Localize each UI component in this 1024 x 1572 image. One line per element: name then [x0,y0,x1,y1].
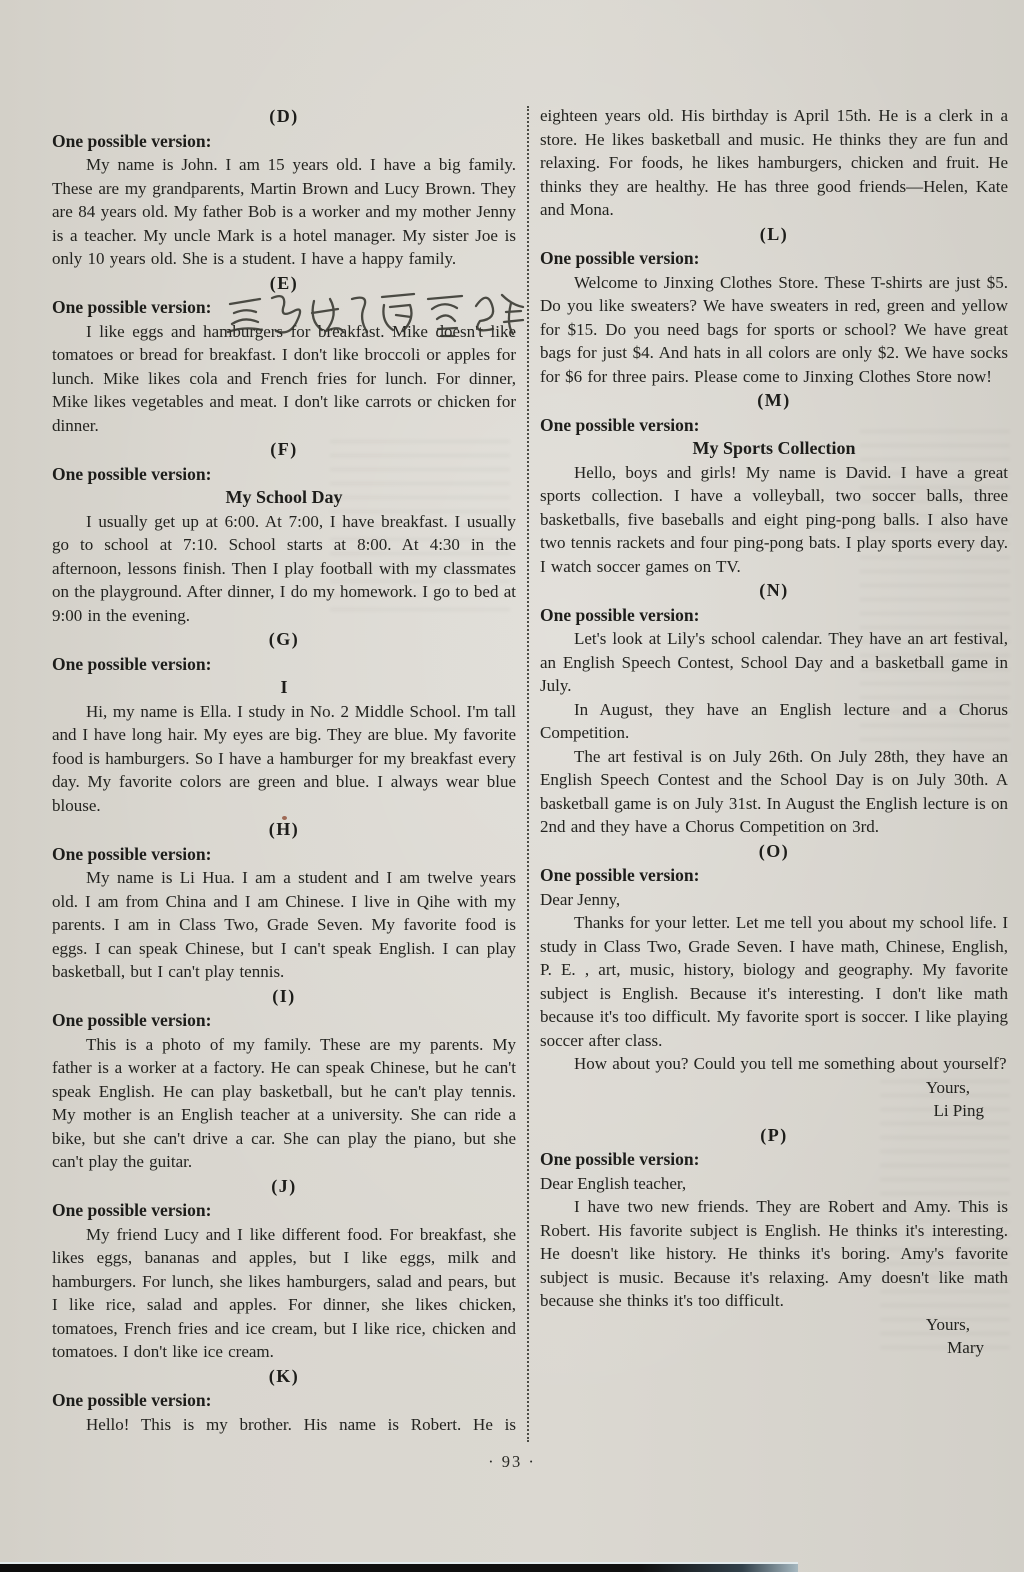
section-g: (G) One possible version: I Hi, my name … [52,628,516,817]
section-n-header: (N) [540,579,1008,603]
letter-signature: Mary [540,1336,1008,1360]
section-k: (K) One possible version: Hello! This is… [52,1365,516,1437]
letter-closing: Yours, [540,1313,1008,1337]
one-possible-version-label: One possible version: [540,1148,1008,1172]
section-i-header: (I) [52,985,516,1009]
one-possible-version-label: One possible version: [52,1009,516,1033]
answer-paragraph: Let's look at Lily's school calendar. Th… [540,627,1008,698]
one-possible-version-label: One possible version: [52,1199,516,1223]
section-l: (L) One possible version: Welcome to Jin… [540,223,1008,389]
one-possible-version-label: One possible version: [540,247,1008,271]
answer-paragraph: In August, they have an English lecture … [540,698,1008,745]
section-f: (F) One possible version: My School Day … [52,438,516,627]
scanned-answer-page: (D) One possible version: My name is Joh… [0,0,1024,1572]
one-possible-version-label: One possible version: [52,296,516,320]
answer-paragraph: I usually get up at 6:00. At 7:00, I hav… [52,510,516,628]
answer-paragraph: How about you? Could you tell me somethi… [540,1052,1008,1076]
section-e: (E) One possible version: I like eggs an… [52,272,516,438]
answer-paragraph: Hello! This is my brother. His name is R… [52,1413,516,1437]
essay-title: My Sports Collection [540,437,1008,461]
section-j-header: (J) [52,1175,516,1199]
letter-signature: Li Ping [540,1099,1008,1123]
section-g-header: (G) [52,628,516,652]
section-o: (O) One possible version: Dear Jenny, Th… [540,840,1008,1123]
section-k-header: (K) [52,1365,516,1389]
section-p: (P) One possible version: Dear English t… [540,1124,1008,1360]
section-m-header: (M) [540,389,1008,413]
answer-paragraph: I have two new friends. They are Robert … [540,1195,1008,1313]
section-d: (D) One possible version: My name is Joh… [52,105,516,271]
section-n: (N) One possible version: Let's look at … [540,579,1008,839]
letter-closing: Yours, [540,1076,1008,1100]
section-h: (H) One possible version: My name is Li … [52,818,516,984]
section-p-header: (P) [540,1124,1008,1148]
one-possible-version-label: One possible version: [540,414,1008,438]
section-i: (I) One possible version: This is a phot… [52,985,516,1174]
essay-title: My School Day [52,486,516,510]
answer-paragraph: My name is Li Hua. I am a student and I … [52,866,516,984]
answer-paragraph: Welcome to Jinxing Clothes Store. These … [540,271,1008,389]
essay-title: I [52,676,516,700]
letter-salutation: Dear Jenny, [540,888,1008,912]
answer-paragraph: Thanks for your letter. Let me tell you … [540,911,1008,1052]
one-possible-version-label: One possible version: [540,864,1008,888]
answer-paragraph-continuation: eighteen years old. His birthday is Apri… [540,104,1008,222]
answer-paragraph: My friend Lucy and I like different food… [52,1223,516,1364]
letter-salutation: Dear English teacher, [540,1172,1008,1196]
answer-paragraph: The art festival is on July 26th. On Jul… [540,745,1008,839]
section-k-continuation: eighteen years old. His birthday is Apri… [540,104,1008,222]
section-d-header: (D) [52,105,516,129]
section-l-header: (L) [540,223,1008,247]
one-possible-version-label: One possible version: [52,843,516,867]
one-possible-version-label: One possible version: [52,653,516,677]
answer-paragraph: Hi, my name is Ella. I study in No. 2 Mi… [52,700,516,818]
right-column: eighteen years old. His birthday is Apri… [540,104,1008,1360]
answer-paragraph: My name is John. I am 15 years old. I ha… [52,153,516,271]
left-column: (D) One possible version: My name is Joh… [52,104,516,1436]
section-o-header: (O) [540,840,1008,864]
answer-paragraph: This is a photo of my family. These are … [52,1033,516,1174]
one-possible-version-label: One possible version: [540,604,1008,628]
one-possible-version-label: One possible version: [52,463,516,487]
one-possible-version-label: One possible version: [52,1389,516,1413]
section-h-header: (H) [52,818,516,842]
section-e-header: (E) [52,272,516,296]
column-divider-rule [527,106,529,1442]
answer-paragraph: Hello, boys and girls! My name is David.… [540,461,1008,579]
scan-edge-artifact [0,1562,798,1572]
page-number: · 93 · [0,1452,1024,1472]
section-j: (J) One possible version: My friend Lucy… [52,1175,516,1364]
one-possible-version-label: One possible version: [52,130,516,154]
answer-paragraph: I like eggs and hamburgers for breakfast… [52,320,516,438]
section-m: (M) One possible version: My Sports Coll… [540,389,1008,578]
section-f-header: (F) [52,438,516,462]
